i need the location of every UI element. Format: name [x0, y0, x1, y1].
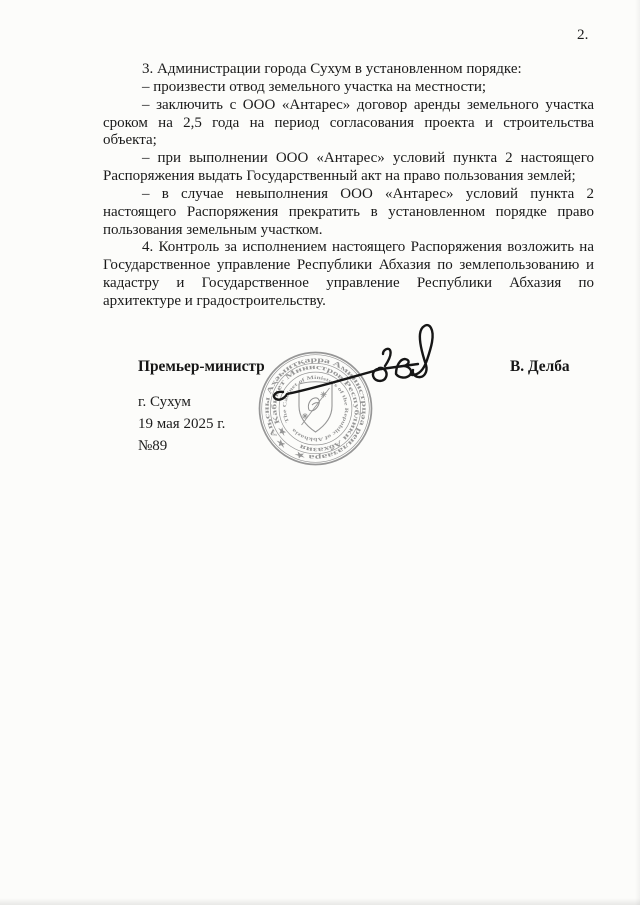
document-number: №89 — [138, 438, 167, 455]
text-line: – в случае невыполнения ООО «Антарес» ус… — [103, 186, 594, 204]
paragraph: – в случае невыполнения ООО «Антарес» ус… — [103, 186, 594, 240]
text-line: – при выполнении ООО «Антарес» условий п… — [103, 150, 594, 168]
signatory-name: В. Делба — [510, 358, 570, 376]
city-line: г. Сухум — [138, 394, 191, 411]
text-line: 4. Контроль за исполнением настоящего Ра… — [103, 239, 594, 257]
text-line: сроком на 2,5 года на период согласовани… — [103, 115, 594, 133]
paragraph: – заключить с ООО «Антарес» договор арен… — [103, 97, 594, 151]
text-line: настоящего Распоряжения прекратить в уст… — [103, 204, 594, 222]
text-line: – заключить с ООО «Антарес» договор арен… — [103, 97, 594, 115]
page-number: 2. — [577, 26, 588, 44]
document-body: 3. Администрации города Сухум в установл… — [103, 61, 594, 311]
text-line: объекта; — [103, 132, 594, 150]
text-line: 3. Администрации города Сухум в установл… — [103, 61, 594, 79]
page: 2. 3. Администрации города Сухум в устан… — [0, 0, 640, 905]
date-line: 19 мая 2025 г. — [138, 416, 225, 433]
paragraph: 4. Контроль за исполнением настоящего Ра… — [103, 239, 594, 310]
text-line: – произвести отвод земельного участка на… — [103, 79, 594, 97]
paragraph: – при выполнении ООО «Антарес» условий п… — [103, 150, 594, 186]
scan-right-shade — [635, 0, 640, 905]
paragraph: 3. Администрации города Сухум в установл… — [103, 61, 594, 79]
text-line: Распоряжения выдать Государственный акт … — [103, 168, 594, 186]
scan-bottom-shadow — [0, 898, 640, 905]
text-line: архитектуре и градостроительству. — [103, 293, 594, 311]
text-line: кадастру и Государственное управление Ре… — [103, 275, 594, 293]
handwritten-signature — [240, 310, 450, 410]
text-line: пользования земельным участком. — [103, 222, 594, 240]
paragraph: – произвести отвод земельного участка на… — [103, 79, 594, 97]
text-line: Государственное управление Республики Аб… — [103, 257, 594, 275]
